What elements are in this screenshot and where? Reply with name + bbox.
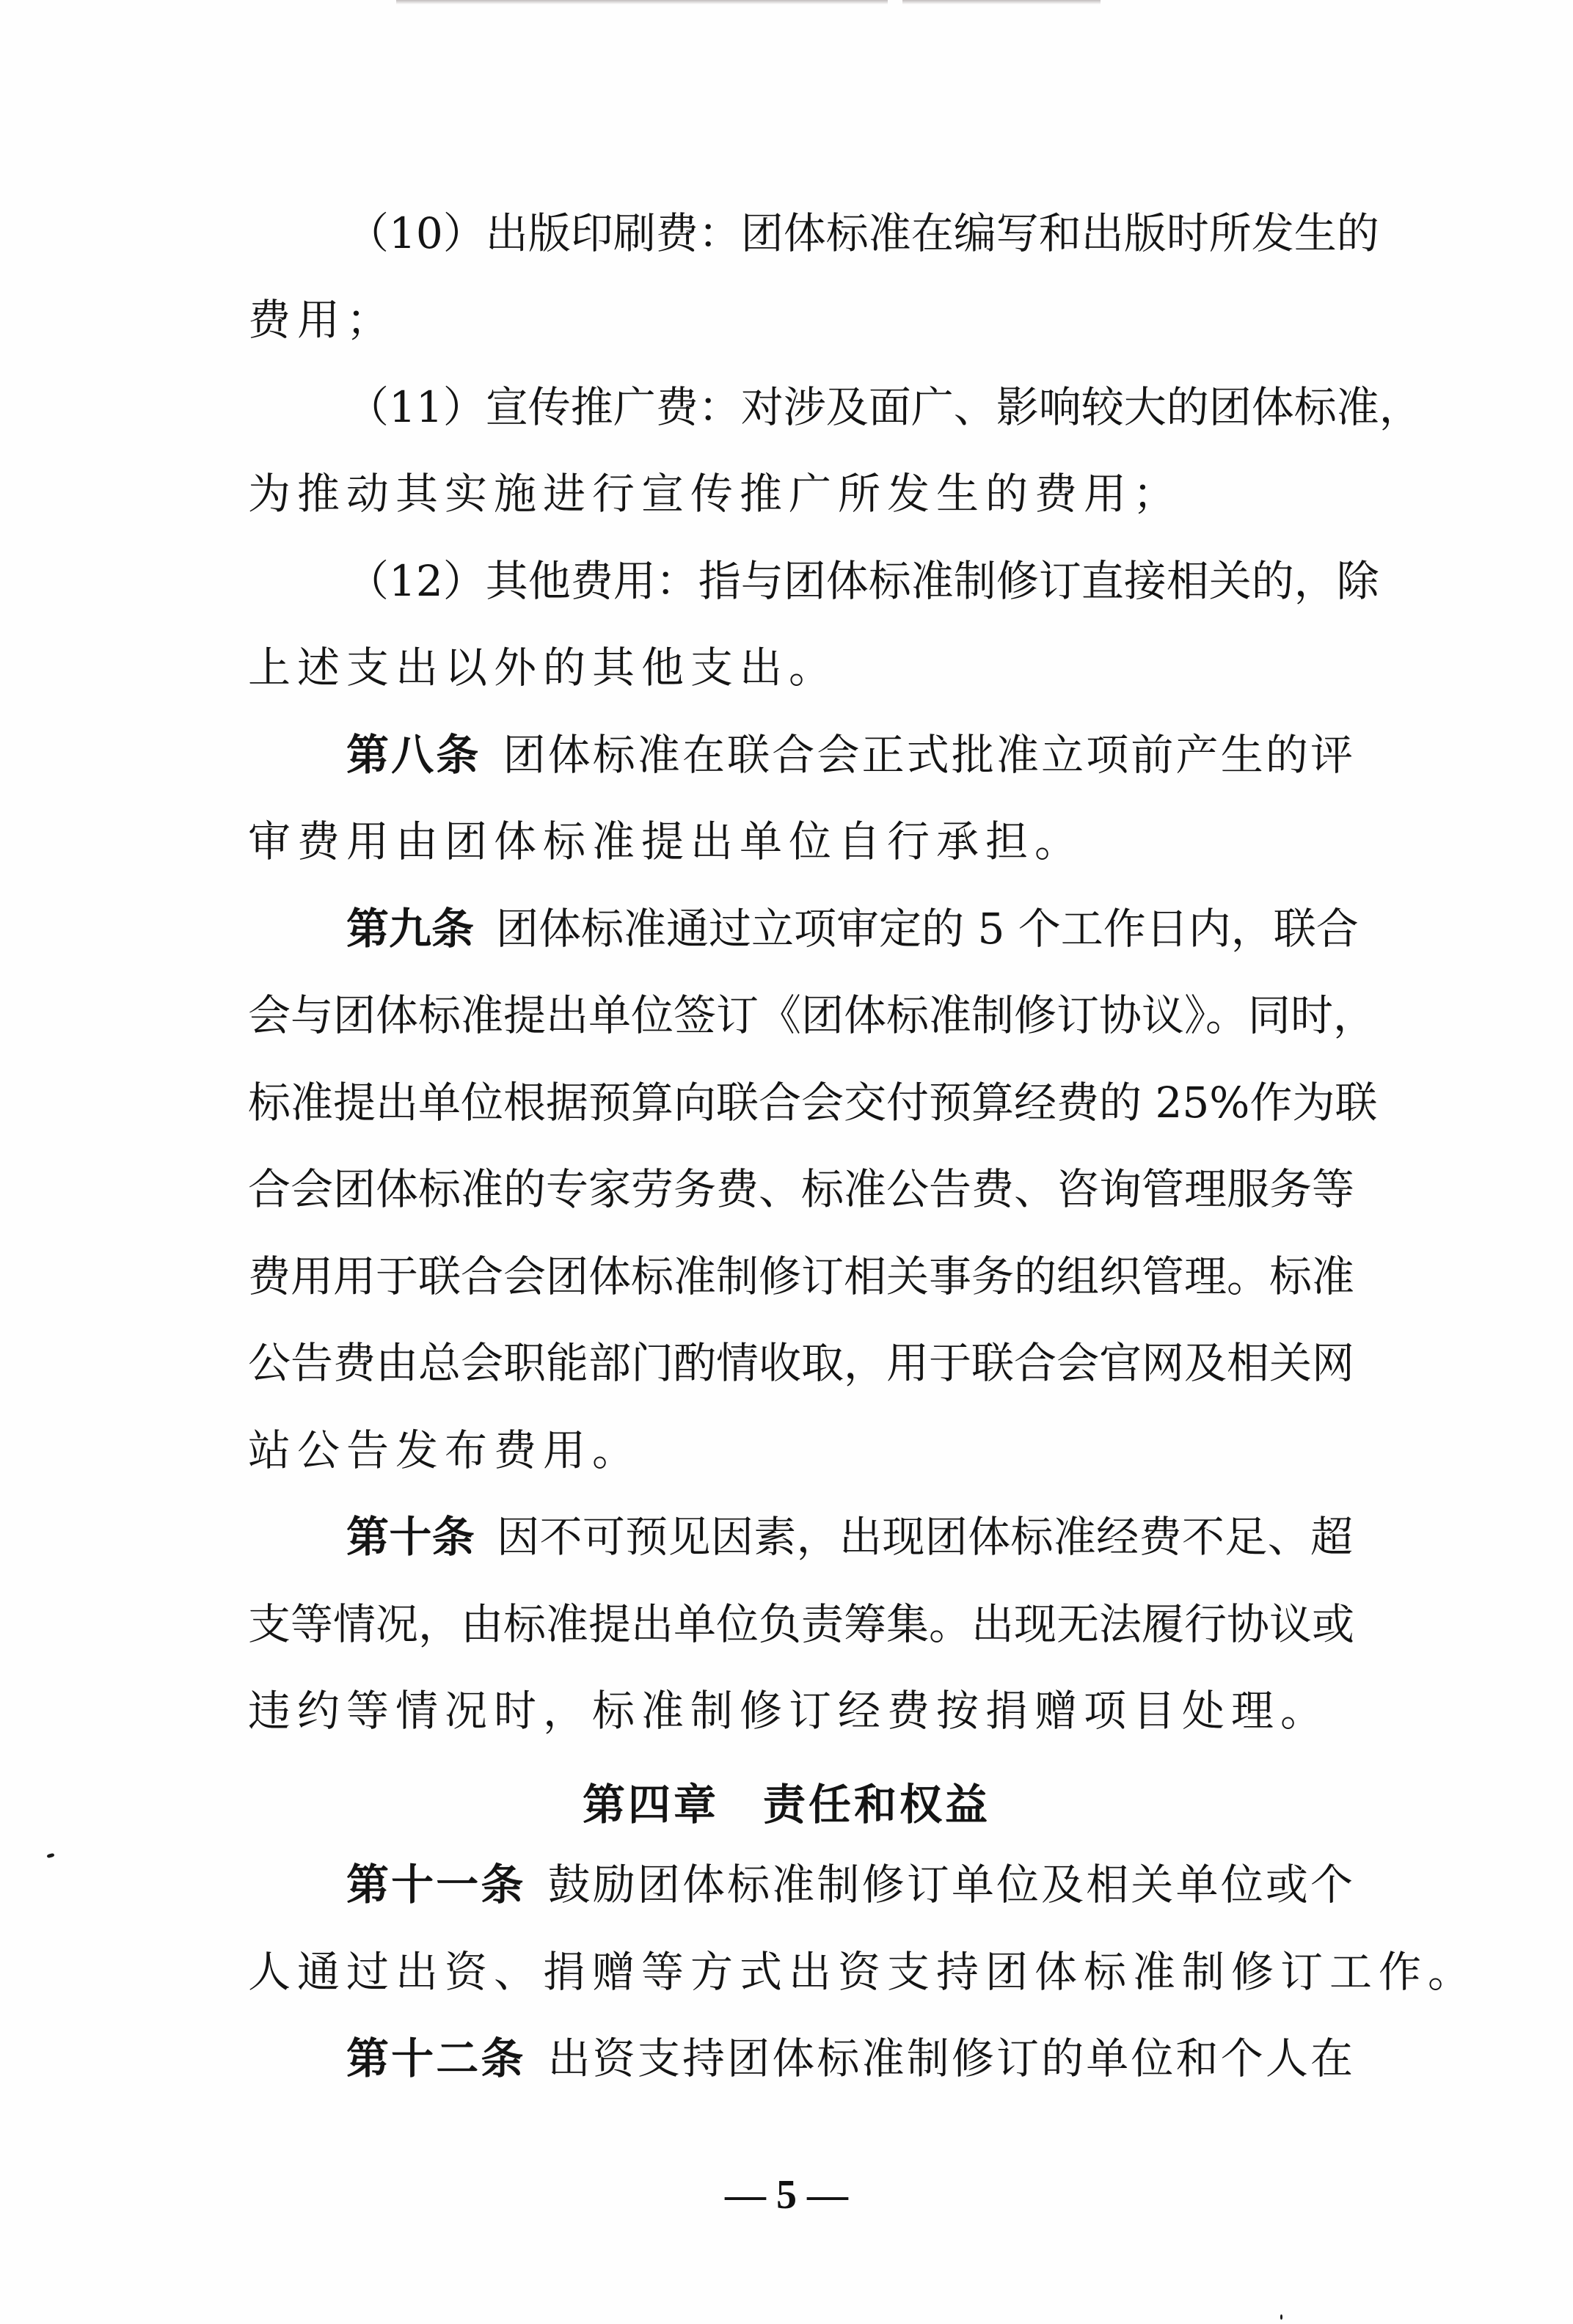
paragraph-line: 为推动其实施进行宣传推广所发生的费用；	[248, 468, 1353, 519]
line-text: 公告费由总会职能部门酌情收取，用于联合会官网及相关网	[248, 1338, 1354, 1388]
page-number: — 5 —	[0, 2173, 1573, 2217]
paragraph-line: （12）其他费用：指与团体标准制修订直接相关的，除	[346, 555, 1353, 607]
chapter-number: 第四章	[583, 1780, 719, 1830]
paragraph-line: 人通过出资、捐赠等方式出资支持团体标准制修订工作。	[248, 1946, 1353, 1998]
line-text: 费用用于联合会团体标准制修订相关事务的组织管理。标准	[248, 1251, 1354, 1301]
scan-bleed-top-right	[902, 0, 1101, 4]
line-text: 鼓励团体标准制修订单位及相关单位或个	[548, 1860, 1353, 1910]
article-9-line: 第九条团体标准通过立项审定的 5 个工作日内，联合	[346, 903, 1353, 954]
paragraph-line: 公告费由总会职能部门酌情收取，用于联合会官网及相关网	[248, 1337, 1353, 1389]
line-text: 标准提出单位根据预算向联合会交付预算经费的 25%作为联	[248, 1078, 1377, 1128]
article-label: 第八条	[346, 730, 481, 780]
line-text: 因不可预见因素，出现团体标准经费不足、超	[497, 1512, 1353, 1562]
paragraph-line: 合会团体标准的专家劳务费、标准公告费、咨询管理服务等	[248, 1163, 1353, 1215]
line-text: （12）其他费用：指与团体标准制修订直接相关的，除	[346, 556, 1379, 606]
line-text: 为推动其实施进行宣传推广所发生的费用；	[248, 469, 1182, 519]
chapter-heading: 第四章责任和权益	[0, 1779, 1573, 1830]
line-text: 支等情况，由标准提出单位负责筹集。出现无法履行协议或	[248, 1599, 1354, 1649]
paragraph-line: 费用；	[248, 294, 1353, 346]
article-8-line: 第八条团体标准在联合会正式批准立项前产生的评	[346, 729, 1353, 781]
article-label: 第十二条	[346, 2033, 526, 2083]
line-text: 审费用由团体标准提出单位自行承担。	[248, 816, 1084, 866]
line-text: （11）宣传推广费：对涉及面广、影响较大的团体标准，	[346, 382, 1422, 432]
line-text: 违约等情况时，标准制修订经费按捐赠项目处理。	[248, 1686, 1329, 1736]
paragraph-line: 违约等情况时，标准制修订经费按捐赠项目处理。	[248, 1685, 1353, 1736]
line-text: 团体标准通过立项审定的 5 个工作日内，联合	[496, 904, 1359, 954]
paragraph-line: 费用用于联合会团体标准制修订相关事务的组织管理。标准	[248, 1251, 1353, 1302]
article-label: 第十一条	[346, 1860, 526, 1910]
line-text: 上述支出以外的其他支出。	[248, 643, 838, 693]
line-text: 站公告发布费用。	[248, 1425, 641, 1475]
paragraph-line: （11）宣传推广费：对涉及面广、影响较大的团体标准，	[346, 381, 1353, 433]
paragraph-line: 标准提出单位根据预算向联合会交付预算经费的 25%作为联	[248, 1077, 1353, 1128]
article-label: 第十条	[346, 1512, 475, 1562]
line-text: 费用；	[248, 295, 395, 345]
line-text: 会与团体标准提出单位签订《团体标准制修订协议》。同时，	[248, 990, 1376, 1040]
paragraph-line: 审费用由团体标准提出单位自行承担。	[248, 816, 1353, 867]
line-text: 合会团体标准的专家劳务费、标准公告费、咨询管理服务等	[248, 1164, 1354, 1214]
line-text: （10）出版印刷费：团体标准在编写和出版时所发生的	[346, 208, 1379, 258]
scan-bleed-top-left	[396, 0, 888, 4]
paragraph-line: 支等情况，由标准提出单位负责筹集。出现无法履行协议或	[248, 1598, 1353, 1650]
article-11-line: 第十一条鼓励团体标准制修订单位及相关单位或个	[346, 1859, 1353, 1910]
scan-speck-bottom-right	[1280, 2314, 1282, 2320]
article-10-line: 第十条因不可预见因素，出现团体标准经费不足、超	[346, 1511, 1353, 1563]
line-text: 人通过出资、捐赠等方式出资支持团体标准制修订工作。	[248, 1947, 1477, 1997]
line-text: 团体标准在联合会正式批准立项前产生的评	[503, 730, 1353, 780]
line-text: 出资支持团体标准制修订的单位和个人在	[548, 2033, 1353, 2083]
paragraph-line: 会与团体标准提出单位签订《团体标准制修订协议》。同时，	[248, 990, 1353, 1041]
article-label: 第九条	[346, 904, 474, 954]
paragraph-line: 上述支出以外的其他支出。	[248, 642, 1353, 693]
article-12-line: 第十二条出资支持团体标准制修订的单位和个人在	[346, 2033, 1353, 2084]
paragraph-line: （10）出版印刷费：团体标准在编写和出版时所发生的	[346, 208, 1353, 259]
chapter-title: 责任和权益	[763, 1780, 990, 1830]
scan-speck-left-margin	[47, 1853, 55, 1858]
paragraph-line: 站公告发布费用。	[248, 1425, 1353, 1476]
